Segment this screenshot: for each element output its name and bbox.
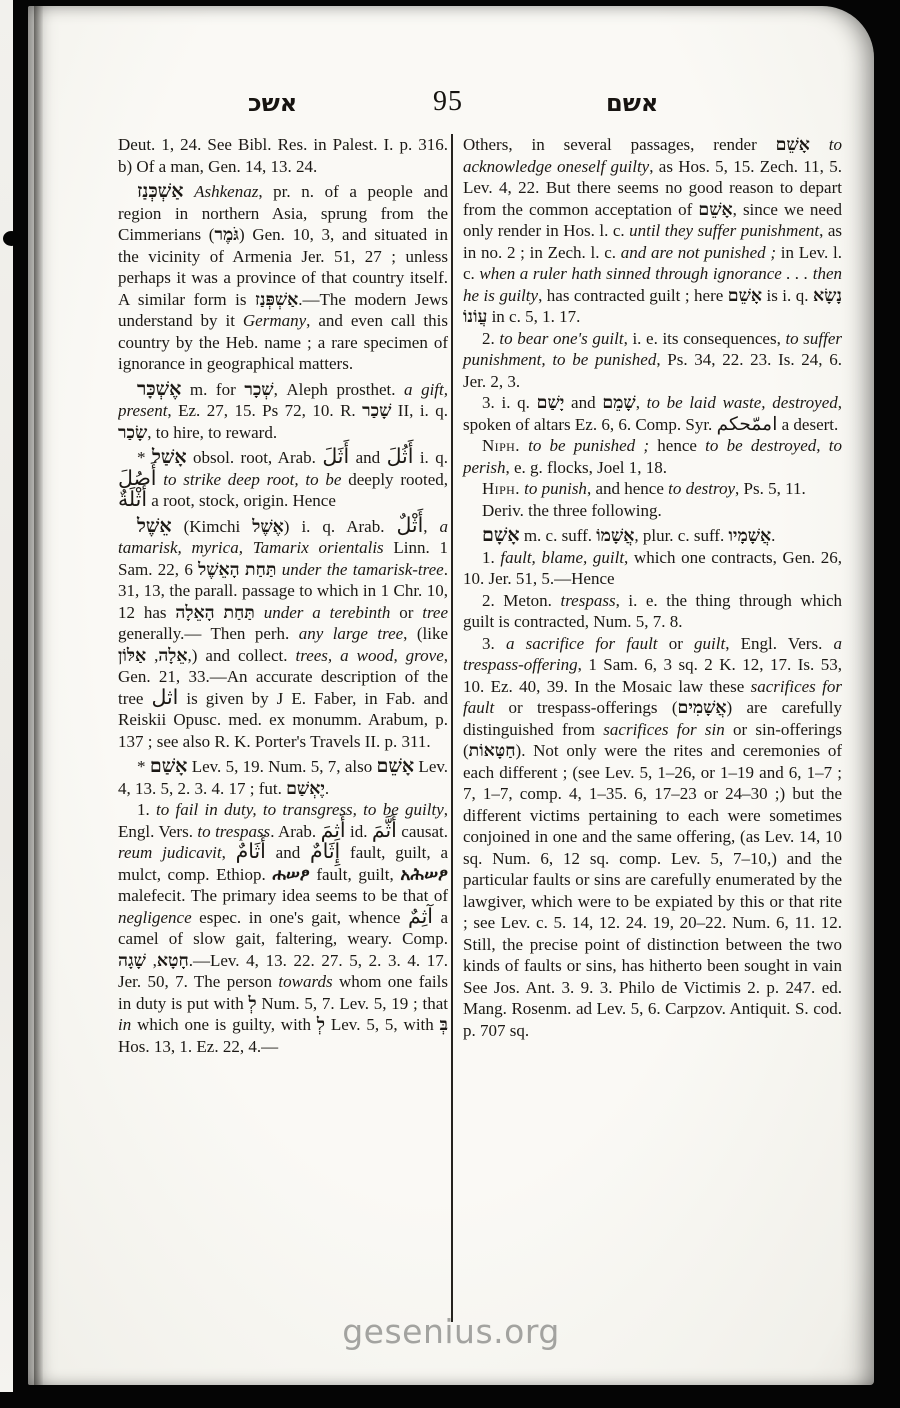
niphal: Niph. to be punished ; hence to be destr…: [463, 435, 842, 478]
text-run: negligence: [118, 908, 192, 927]
text-run: to strike deep root, to be: [163, 470, 341, 489]
sense-1-verb: 1. to fail in duty, to transgress, to be…: [118, 799, 448, 1057]
hebrew-headword: אָשַׁל: [152, 447, 187, 468]
text-run: generally.— Then perh.: [118, 624, 299, 643]
derivatives: Deriv. the three following.: [463, 500, 842, 522]
hebrew-word: אֲשָׁמָיו: [728, 526, 771, 545]
text-run: II, i. q.: [391, 401, 448, 420]
text-run: , e. g. flocks, Joel 1, 18.: [506, 458, 667, 477]
entry-asham-verb: * אָשַׁם Lev. 5, 19. Num. 5, 7, also אָש…: [118, 756, 448, 799]
text-run: m. c. suff.: [520, 526, 597, 545]
text-run: which one is guilty, with: [131, 1015, 317, 1034]
entry-asham-noun: אָשָׁם m. c. suff. אֲשָׁמוֹ, plur. c. su…: [463, 525, 842, 547]
text-run: , and hence: [587, 479, 668, 498]
text-run: sacrifices for sin: [603, 720, 724, 739]
hebrew-headword: אַשְׁכְּנַז: [137, 181, 184, 202]
entry-ashkenaz: אַשְׁכְּנַז Ashkenaz, pr. n. of a people…: [118, 181, 448, 375]
hebrew-word: שָׁגָה: [118, 951, 146, 970]
text-run: , (like: [403, 624, 448, 643]
text-run: to be laid waste, destroyed: [647, 393, 838, 412]
text-run: hence: [649, 436, 705, 455]
hebrew-word: בְּ: [440, 1015, 448, 1034]
hebrew-word: אַלּוֹן: [118, 646, 146, 665]
text-run: m. for: [181, 380, 244, 399]
text-run: to fail in duty, to transgress, to be gu…: [156, 800, 444, 819]
header-hebrew-right: אשם: [606, 89, 658, 117]
sense-2-verb: 2. to bear one's guilt, i. e. its conseq…: [463, 328, 842, 393]
right-column: Others, in several passages, render אָשֵ…: [463, 134, 842, 1322]
text-run: *: [137, 757, 150, 776]
text-run: espec. in one's gait, whence: [192, 908, 408, 927]
text-run: ,: [222, 843, 236, 862]
text-run: guilt: [694, 634, 725, 653]
text-run: to punish: [524, 479, 587, 498]
hebrew-word: חַטָּאוֹת: [469, 741, 516, 760]
text-run: to be punished ;: [528, 436, 649, 455]
text-run: or: [658, 634, 695, 653]
text-run: [255, 603, 264, 622]
entry-eshkar: אֶשְׁכָּר m. for שְׁכָר, Aleph prosthet.…: [118, 379, 448, 444]
sense-3-verb: 3. i. q. יָשַׁם and שָׁמֵם, to be laid w…: [463, 392, 842, 435]
hebrew-word: שָׁכַר: [362, 401, 391, 420]
text-run: 3. i. q.: [482, 393, 537, 412]
text-run: and: [349, 448, 386, 467]
text-run: or trespass-offerings (: [494, 698, 677, 717]
continued-text: Deut. 1, 24. See Bibl. Res. in Palest. I…: [118, 134, 448, 177]
column-divider-rule: [451, 134, 453, 1322]
hebrew-headword: אֶשְׁכָּר: [137, 379, 181, 400]
entry-eshel: אֵשֶׁל (Kimchi אֶשֶׁל) i. q. Arab. أَثْل…: [118, 516, 448, 753]
text-run: Ashkenaz: [194, 182, 258, 201]
text-run: to bear one's guilt: [499, 329, 623, 348]
dictionary-page: אשכ 95 אשם Deut. 1, 24. See Bibl. Res. i…: [28, 6, 874, 1385]
hebrew-phrase: תַּחַת הָאֵלָה: [175, 603, 255, 622]
hebrew-word: גֹּמֶר: [214, 225, 239, 244]
hebrew-word: שְׁכָר: [244, 380, 273, 399]
text-run: fault, guilt,: [310, 865, 401, 884]
hebrew-headword: אָשָׁם: [482, 525, 520, 546]
text-run: , Aleph prosthet.: [274, 380, 404, 399]
text-run: a desert.: [777, 415, 838, 434]
text-run: ,: [146, 646, 158, 665]
text-run: until they suffer punishment: [629, 221, 819, 240]
text-run: 1.: [482, 548, 500, 567]
text-run: deeply rooted,: [341, 470, 448, 489]
text-run: Lev. 5, 5, with: [325, 1015, 440, 1034]
text-columns: Deut. 1, 24. See Bibl. Res. in Palest. I…: [118, 134, 842, 1322]
arabic-word: أَصُلَ: [118, 468, 156, 490]
sense-2-noun: 2. Meton. trespass, i. e. the thing thro…: [463, 590, 842, 633]
hebrew-word: לְ: [249, 994, 257, 1013]
book-scan: אשכ 95 אשם Deut. 1, 24. See Bibl. Res. i…: [0, 0, 900, 1408]
text-run: trees, a wood, grove: [295, 646, 443, 665]
hebrew-word: אָשֵׁם: [776, 135, 810, 154]
text-run: a root, stock, origin. Hence: [147, 491, 336, 510]
hebrew-headword: אֵשֶׁל: [137, 516, 172, 537]
text-run: Others, in several passages, render: [463, 135, 776, 154]
sense-1-noun: 1. fault, blame, guilt, which one contra…: [463, 547, 842, 590]
text-run: ,: [636, 393, 647, 412]
ethiopic-word: አሕሠፆ: [400, 865, 448, 884]
syriac-word: اممّحكم: [717, 414, 778, 435]
text-run: ,) and collect.: [188, 646, 296, 665]
page-number: 95: [388, 86, 508, 118]
text-run: . Arab.: [270, 822, 320, 841]
arabic-word: أَثِمَ: [321, 820, 346, 842]
hebrew-headword: אָשֵׁם: [377, 756, 415, 777]
text-run: in c. 5, 1. 17.: [487, 307, 580, 326]
text-run: obsol. root, Arab.: [187, 448, 323, 467]
text-run: to destroy: [668, 479, 735, 498]
hebrew-word: חָטָא: [157, 951, 189, 970]
hebrew-word: שָׁמֵם: [602, 393, 635, 412]
text-run: .: [771, 526, 775, 545]
arabic-word: آثِمٌ: [408, 906, 433, 928]
text-run: ). Not only were the rites and ceremonie…: [463, 741, 842, 1040]
text-run: and are not punished ;: [621, 243, 776, 262]
text-run: trespass: [560, 591, 615, 610]
hebrew-word: אָשֵׁם: [728, 286, 762, 305]
arabic-word: أَثَّمَ: [372, 820, 397, 842]
text-run: 1.: [137, 800, 156, 819]
hebrew-word: שָׂכַר: [118, 423, 147, 442]
punch-hole-mark: [3, 231, 20, 246]
text-run: [184, 182, 195, 201]
text-run: in: [118, 1015, 131, 1034]
text-run: ) i. q. Arab.: [284, 517, 397, 536]
continued-sense: Others, in several passages, render אָשֵ…: [463, 134, 842, 328]
hebrew-word: לְ: [317, 1015, 325, 1034]
text-run: Hiph.: [482, 479, 520, 498]
text-run: .: [325, 779, 329, 798]
hebrew-word: אַשְׁפְּנַז: [255, 290, 298, 309]
text-run: 2. Meton.: [482, 591, 560, 610]
text-run: 2.: [482, 329, 499, 348]
hebrew-phrase: תַּחַת הָאֵשֶׁל: [198, 560, 276, 579]
text-run: to trespass: [197, 822, 270, 841]
hebrew-word: יֶאְשַׁם: [286, 779, 325, 798]
text-run: i. q.: [413, 448, 448, 467]
ethiopic-word: ሐሠፆ: [272, 865, 309, 884]
scanner-bed-edge: [0, 0, 13, 1392]
hebrew-word: אֵלָה: [158, 646, 187, 665]
text-run: is i. q.: [762, 286, 813, 305]
hebrew-headword: אָשַׁם: [150, 756, 188, 777]
text-run: and: [564, 393, 602, 412]
running-header: אשכ 95 אשם: [28, 86, 874, 126]
text-run: , to hire, to reward.: [147, 423, 277, 442]
hebrew-word: אֶשֶׁל: [252, 517, 284, 536]
arabic-word: أَثْلٌ: [396, 515, 423, 537]
text-run: fault, blame, guilt: [500, 548, 624, 567]
hebrew-word: אֲשָׁמִים: [678, 698, 727, 717]
text-run: , i. e. its consequences,: [624, 329, 786, 348]
text-run: 3.: [482, 634, 506, 653]
text-run: id.: [346, 822, 372, 841]
text-run: Deut. 1, 24. See Bibl. Res. in Palest. I…: [118, 135, 448, 176]
text-run: , Ez. 27, 15. Ps 72, 10. R.: [167, 401, 362, 420]
arabic-word: اثل: [152, 687, 179, 709]
text-run: reum judicavit: [118, 843, 222, 862]
hebrew-word: יָשַׁם: [537, 393, 565, 412]
left-column: Deut. 1, 24. See Bibl. Res. in Palest. I…: [118, 134, 448, 1322]
text-run: , plur. c. suff.: [634, 526, 728, 545]
text-run: malefecit. The primary idea seems to be …: [118, 886, 448, 905]
text-run: [810, 135, 829, 154]
header-hebrew-left: אשכ: [248, 89, 297, 117]
text-run: and: [266, 843, 310, 862]
sense-3-noun: 3. a sacrifice for fault or guilt, Engl.…: [463, 633, 842, 1042]
text-run: [520, 436, 528, 455]
arabic-word: أَثَلَ: [322, 446, 349, 468]
text-run: Hos. 13, 1. Ez. 22, 4.—: [118, 1037, 278, 1056]
text-run: ,: [423, 517, 439, 536]
text-run: causat.: [397, 822, 448, 841]
arabic-word: أَثُلَ: [387, 446, 414, 468]
arabic-word: أَثَامٌ: [236, 841, 266, 863]
text-run: , Engl. Vers.: [725, 634, 833, 653]
text-run: Num. 5, 7. Lev. 5, 19 ; that: [257, 994, 448, 1013]
text-run: towards: [278, 972, 332, 991]
text-run: a sacrifice for fault: [506, 634, 658, 653]
text-run: Deriv. the three following.: [482, 501, 662, 520]
arabic-word: أَثْلَةٌ: [118, 489, 147, 511]
text-run: ,: [146, 951, 157, 970]
text-run: or: [390, 603, 422, 622]
arabic-word: إِثَامٌ: [310, 841, 340, 863]
text-run: , Ps. 5, 11.: [735, 479, 806, 498]
text-run: under a terebinth: [264, 603, 391, 622]
text-run: any large tree: [299, 624, 403, 643]
hiphil: Hiph. to punish, and hence to destroy, P…: [463, 478, 842, 500]
entry-ashal-root: * אָשַׁל obsol. root, Arab. أَثَلَ and أ…: [118, 447, 448, 512]
text-run: , has contracted guilt ; here: [538, 286, 728, 305]
text-run: *: [137, 448, 152, 467]
watermark: gesenius.org: [28, 1312, 874, 1351]
text-run: tree: [422, 603, 448, 622]
text-run: Lev. 5, 19. Num. 5, 7, also: [187, 757, 376, 776]
text-run: (Kimchi: [172, 517, 253, 536]
hebrew-word: אָשֵׁם: [698, 200, 732, 219]
text-run: Germany: [243, 311, 306, 330]
hebrew-word: אֲשָׁמוֹ: [596, 526, 634, 545]
text-run: Niph.: [482, 436, 520, 455]
text-run: under the tamarisk-tree: [282, 560, 444, 579]
